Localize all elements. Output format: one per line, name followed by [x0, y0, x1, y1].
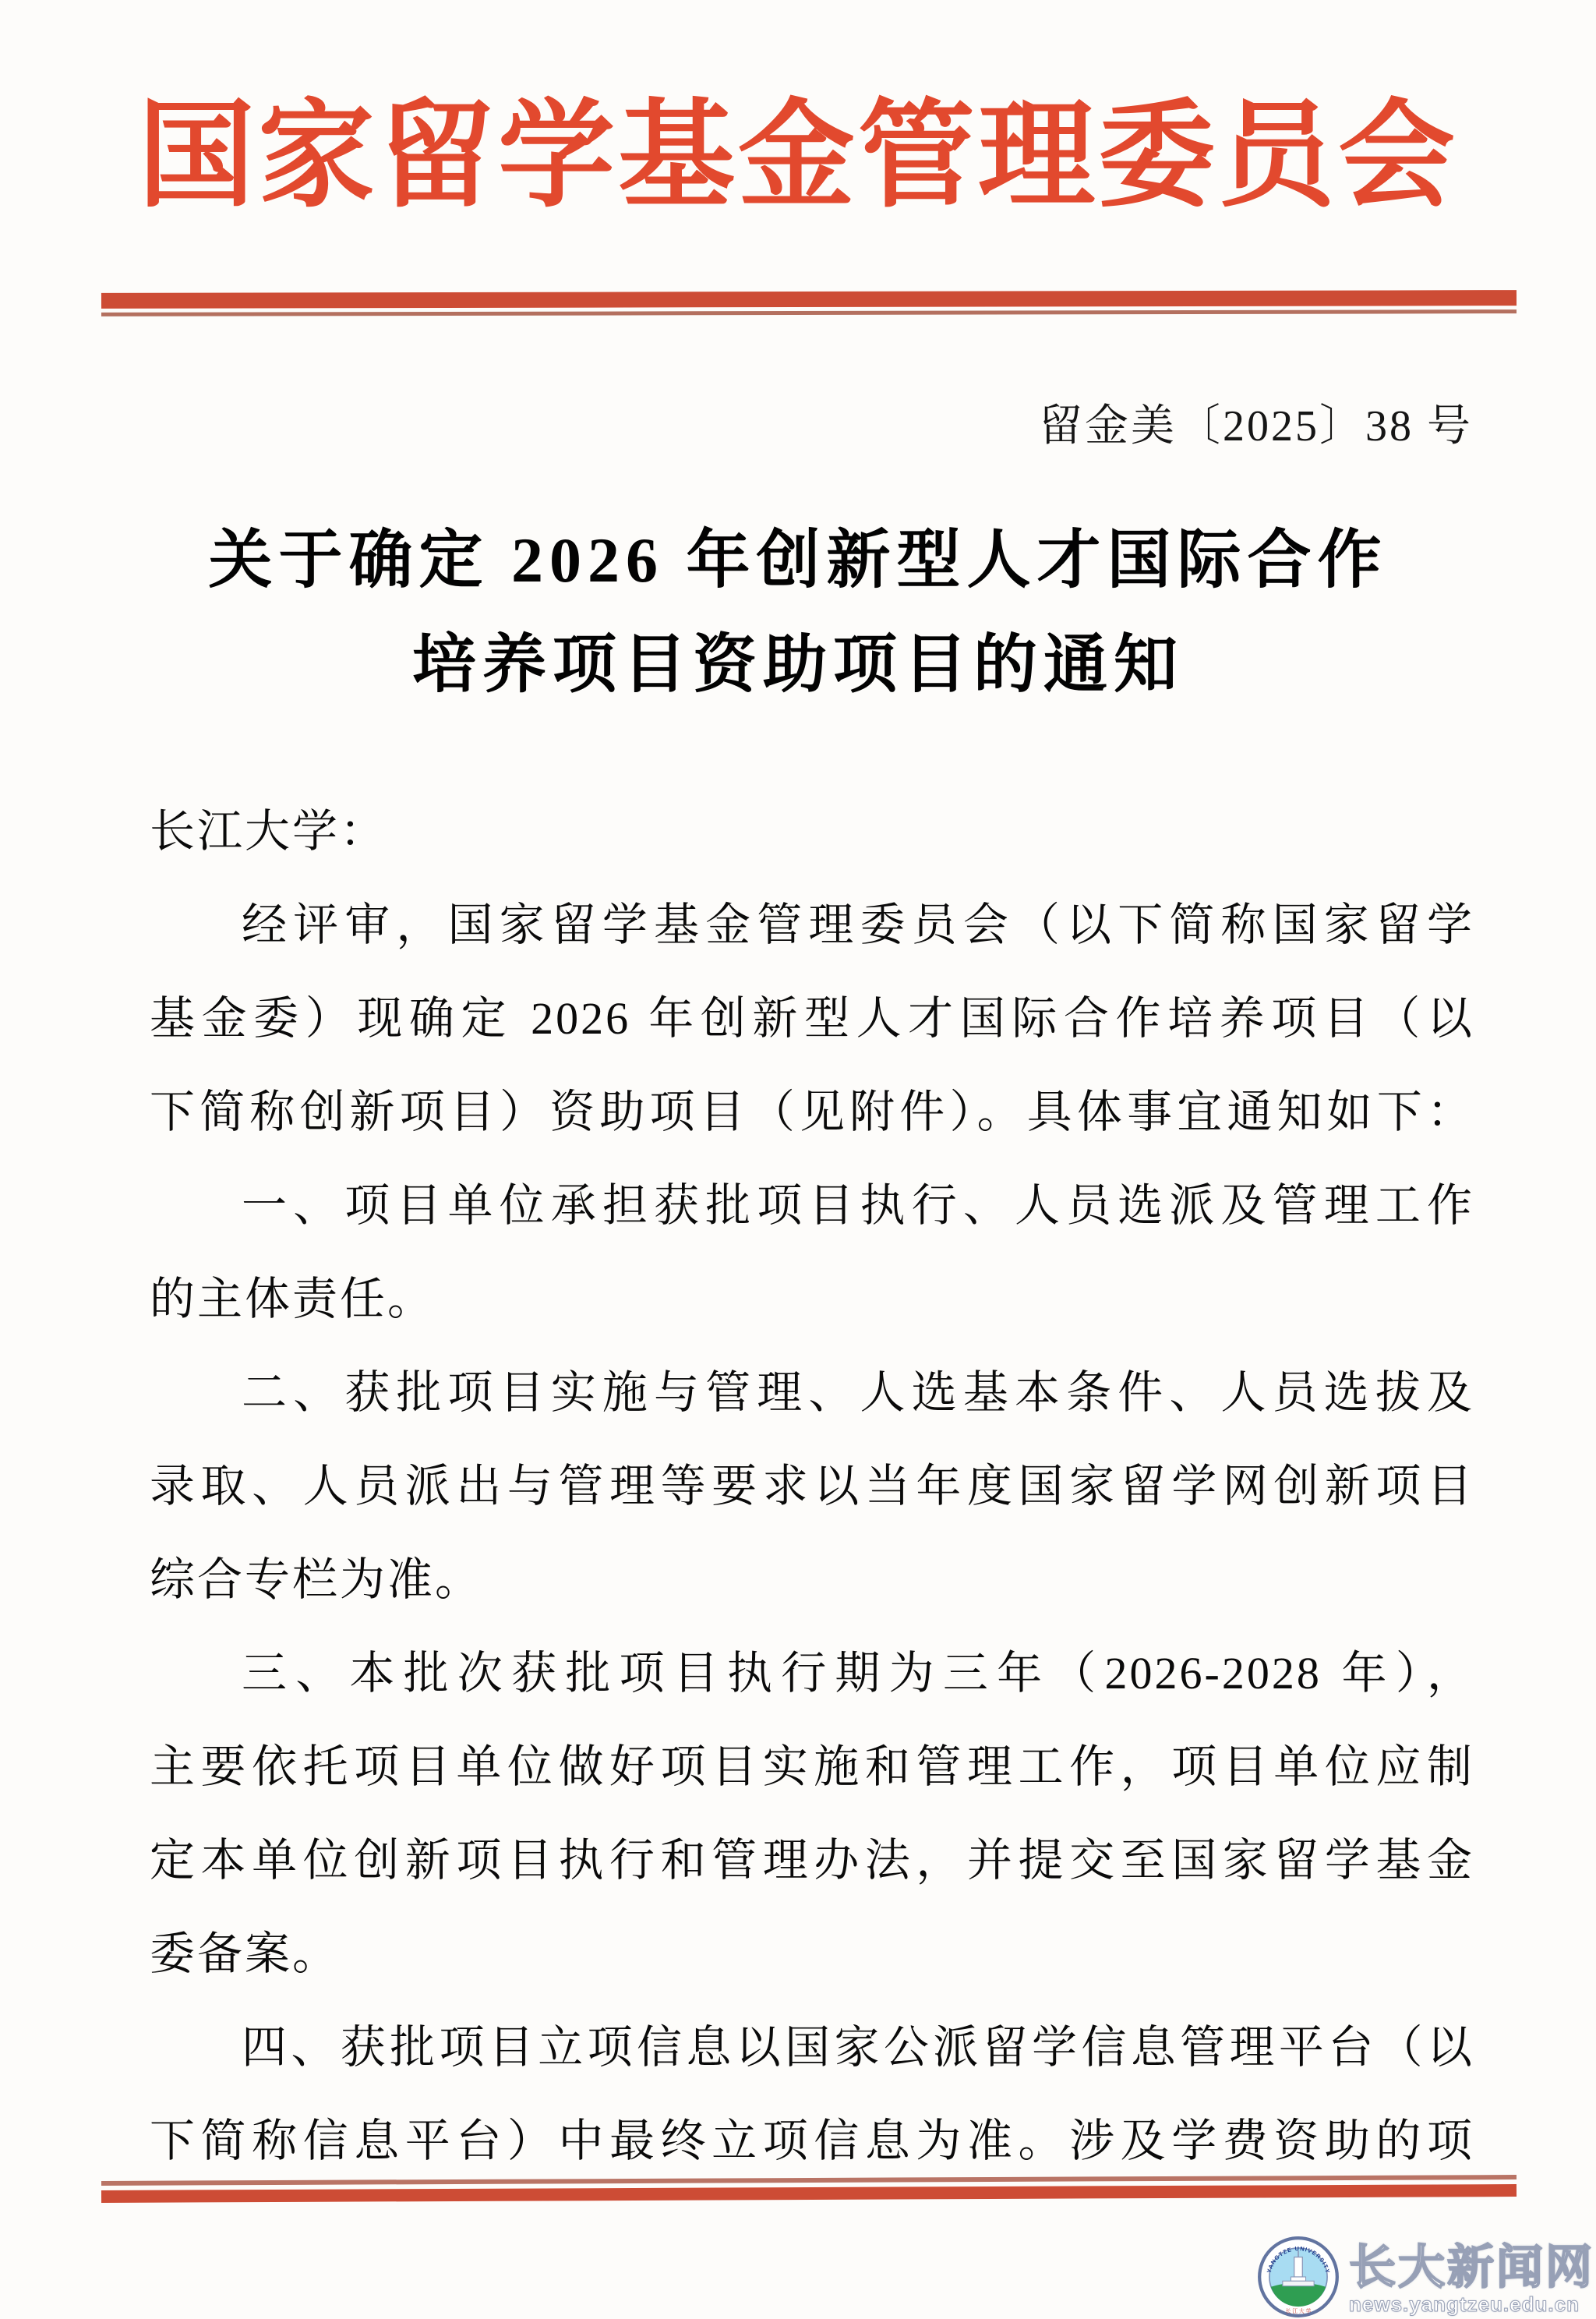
- body-line: 经评审，国家留学基金管理委员会（以下简称国家留学: [150, 898, 1474, 953]
- yangtze-university-seal-icon: YANGTZE UNIVERSITY 长 江 大 学: [1257, 2236, 1340, 2318]
- body-line: 综合专栏为准。: [150, 1553, 1474, 1607]
- body-line: 的主体责任。: [150, 1272, 1474, 1327]
- body-line: 二、获批项目实施与管理、人选基本条件、人员选拔及: [150, 1366, 1474, 1420]
- salutation: 长江大学：: [150, 804, 1474, 859]
- watermark-site-url: news.yangtzeu.edu.cn: [1349, 2292, 1580, 2316]
- body-line: 四、获批项目立项信息以国家公派留学信息管理平台（以: [150, 2020, 1474, 2075]
- news-site-watermark: YANGTZE UNIVERSITY 长 江 大 学 长大新闻网 news.ya…: [1257, 2236, 1594, 2319]
- watermark-text-block: 长大新闻网 news.yangtzeu.edu.cn: [1349, 2243, 1594, 2319]
- body-line: 定本单位创新项目执行和管理办法，并提交至国家留学基金: [150, 1833, 1474, 1888]
- body-line: 一、项目单位承担获批项目执行、人员选派及管理工作: [150, 1179, 1474, 1233]
- body-line: 基金委）现确定 2026 年创新型人才国际合作培养项目（以: [150, 992, 1474, 1046]
- watermark-site-name: 长大新闻网: [1349, 2243, 1594, 2292]
- seal-bottom-text: 长 江 大 学: [1286, 2307, 1312, 2314]
- body-line: 三、本批次获批项目执行期为三年（2026-2028 年），: [150, 1646, 1474, 1701]
- scanned-official-document: 国家留学基金管理委员会 留金美〔2025〕38 号 关于确定 2026 年创新型…: [0, 0, 1596, 2319]
- document-body: 长江大学： 经评审，国家留学基金管理委员会（以下简称国家留学 基金委）现确定 2…: [150, 0, 1474, 2319]
- body-line: 下简称创新项目）资助项目（见附件）。具体事宜通知如下：: [150, 1085, 1474, 1140]
- body-line: 主要依托项目单位做好项目实施和管理工作，项目单位应制: [150, 1740, 1474, 1794]
- body-line: 委备案。: [150, 1927, 1474, 1981]
- body-line: 录取、人员派出与管理等要求以当年度国家留学网创新项目: [150, 1459, 1474, 1514]
- body-line: 下简称信息平台）中最终立项信息为准。涉及学费资助的项: [150, 2114, 1474, 2169]
